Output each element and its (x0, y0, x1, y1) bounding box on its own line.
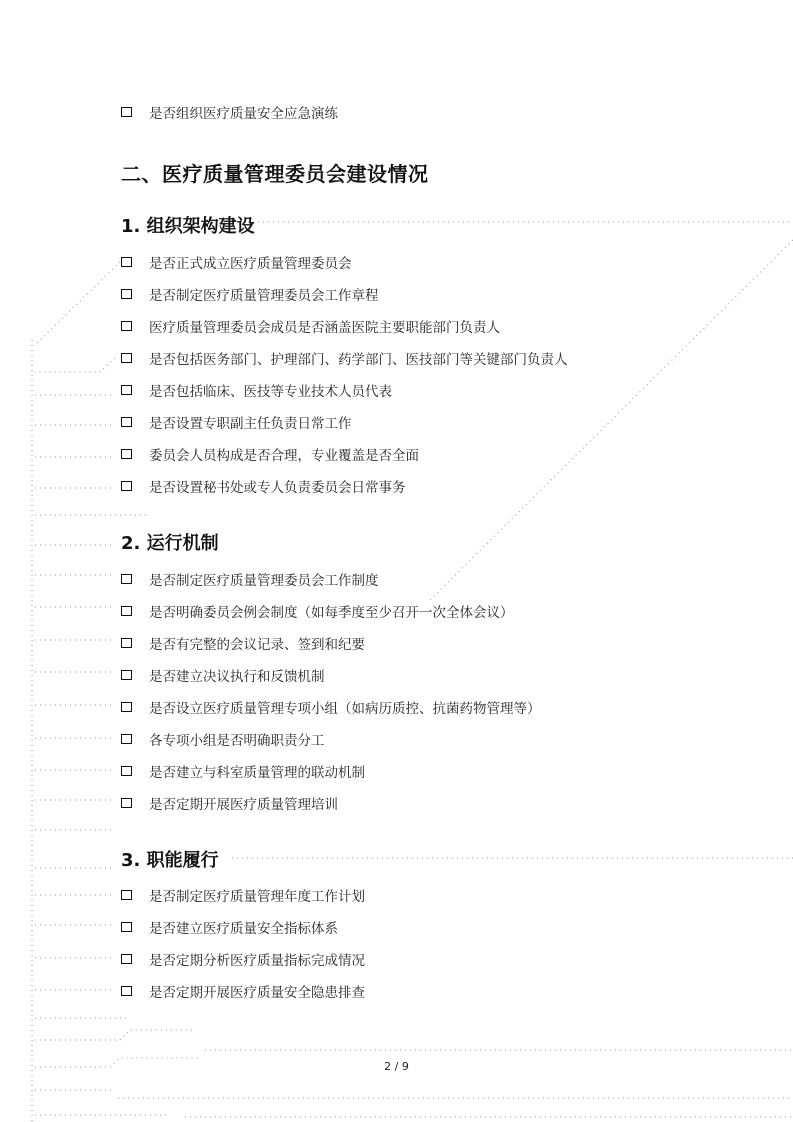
checklist-item[interactable]: 是否建立与科室质量管理的联动机制 (121, 761, 365, 781)
checkbox-icon[interactable] (121, 385, 132, 395)
checkbox-icon[interactable] (121, 670, 132, 680)
checklist-item-label: 各专项小组是否明确职责分工 (149, 729, 325, 749)
checklist-item[interactable]: 是否定期开展医疗质量管理培训 (121, 793, 338, 813)
checklist-item-label: 是否制定医疗质量管理委员会工作制度 (149, 569, 379, 589)
checklist-item-label: 是否制定医疗质量管理委员会工作章程 (149, 284, 379, 304)
checkbox-icon[interactable] (121, 353, 132, 363)
checklist-item[interactable]: 委员会人员构成是否合理，专业覆盖是否全面 (121, 444, 419, 464)
checklist-item[interactable]: 是否明确委员会例会制度（如每季度至少召开一次全体会议） (121, 601, 514, 621)
checkbox-icon[interactable] (121, 766, 132, 776)
checklist-item-label: 是否包括临床、医技等专业技术人员代表 (149, 380, 392, 400)
checkbox-icon[interactable] (121, 922, 132, 932)
page-number: 2 / 9 (0, 1060, 793, 1073)
subsection-heading: 3. 职能履行 (121, 846, 219, 872)
checklist-item-label: 是否建立与科室质量管理的联动机制 (149, 761, 365, 781)
checklist-item[interactable]: 是否设置秘书处或专人负责委员会日常事务 (121, 476, 406, 496)
checkbox-icon[interactable] (121, 986, 132, 996)
checkbox-icon[interactable] (121, 574, 132, 584)
checkbox-icon[interactable] (121, 481, 132, 491)
checkbox-icon[interactable] (121, 890, 132, 900)
checklist-item-label: 委员会人员构成是否合理，专业覆盖是否全面 (149, 444, 419, 464)
section-heading: 二、医疗质量管理委员会建设情况 (121, 158, 429, 187)
subsection-heading: 1. 组织架构建设 (121, 212, 255, 238)
checkbox-icon[interactable] (121, 321, 132, 331)
checklist-item[interactable]: 是否正式成立医疗质量管理委员会 (121, 252, 352, 272)
subsection-heading: 2. 运行机制 (121, 529, 219, 555)
checklist-item[interactable]: 是否制定医疗质量管理委员会工作制度 (121, 569, 379, 589)
checkbox-icon[interactable] (121, 638, 132, 648)
checklist-item-label: 是否包括医务部门、护理部门、药学部门、医技部门等关键部门负责人 (149, 348, 568, 368)
checklist-item[interactable]: 是否定期开展医疗质量安全隐患排查 (121, 981, 365, 1001)
checklist-item[interactable]: 各专项小组是否明确职责分工 (121, 729, 325, 749)
checklist-item-label: 医疗质量管理委员会成员是否涵盖医院主要职能部门负责人 (149, 316, 500, 336)
checkbox-icon[interactable] (121, 702, 132, 712)
checklist-item-label: 是否设置专职副主任负责日常工作 (149, 412, 352, 432)
checklist-item-label: 是否建立决议执行和反馈机制 (149, 665, 325, 685)
checklist-item[interactable]: 是否设置专职副主任负责日常工作 (121, 412, 352, 432)
checklist-item-label: 是否定期分析医疗质量指标完成情况 (149, 949, 365, 969)
checkbox-icon[interactable] (121, 107, 132, 117)
checklist-item[interactable]: 是否组织医疗质量安全应急演练 (121, 102, 338, 122)
checklist-item[interactable]: 医疗质量管理委员会成员是否涵盖医院主要职能部门负责人 (121, 316, 500, 336)
checklist-item[interactable]: 是否建立决议执行和反馈机制 (121, 665, 325, 685)
checklist-item-label: 是否设立医疗质量管理专项小组（如病历质控、抗菌药物管理等） (149, 697, 541, 717)
checklist-item-label: 是否明确委员会例会制度（如每季度至少召开一次全体会议） (149, 601, 514, 621)
checkbox-icon[interactable] (121, 289, 132, 299)
checklist-item[interactable]: 是否制定医疗质量管理委员会工作章程 (121, 284, 379, 304)
checklist-item-label: 是否定期开展医疗质量管理培训 (149, 793, 338, 813)
checklist-item-label: 是否正式成立医疗质量管理委员会 (149, 252, 352, 272)
checklist-item[interactable]: 是否包括临床、医技等专业技术人员代表 (121, 380, 392, 400)
document-page: 是否组织医疗质量安全应急演练 二、医疗质量管理委员会建设情况 1. 组织架构建设… (0, 0, 793, 1122)
checklist-item-label: 是否有完整的会议记录、签到和纪要 (149, 633, 365, 653)
checklist-item-label: 是否定期开展医疗质量安全隐患排查 (149, 981, 365, 1001)
checkbox-icon[interactable] (121, 417, 132, 427)
checkbox-icon[interactable] (121, 257, 132, 267)
checklist-item[interactable]: 是否制定医疗质量管理年度工作计划 (121, 885, 365, 905)
checklist-item[interactable]: 是否设立医疗质量管理专项小组（如病历质控、抗菌药物管理等） (121, 697, 541, 717)
checklist-item-label: 是否制定医疗质量管理年度工作计划 (149, 885, 365, 905)
checkbox-icon[interactable] (121, 606, 132, 616)
checkbox-icon[interactable] (121, 954, 132, 964)
checklist-item[interactable]: 是否建立医疗质量安全指标体系 (121, 917, 338, 937)
checkbox-icon[interactable] (121, 798, 132, 808)
checklist-item-label: 是否设置秘书处或专人负责委员会日常事务 (149, 476, 406, 496)
checklist-item[interactable]: 是否定期分析医疗质量指标完成情况 (121, 949, 365, 969)
checklist-item-label: 是否组织医疗质量安全应急演练 (149, 102, 338, 122)
checkbox-icon[interactable] (121, 734, 132, 744)
checklist-item[interactable]: 是否包括医务部门、护理部门、药学部门、医技部门等关键部门负责人 (121, 348, 568, 368)
checkbox-icon[interactable] (121, 449, 132, 459)
checklist-item-label: 是否建立医疗质量安全指标体系 (149, 917, 338, 937)
checklist-item[interactable]: 是否有完整的会议记录、签到和纪要 (121, 633, 365, 653)
